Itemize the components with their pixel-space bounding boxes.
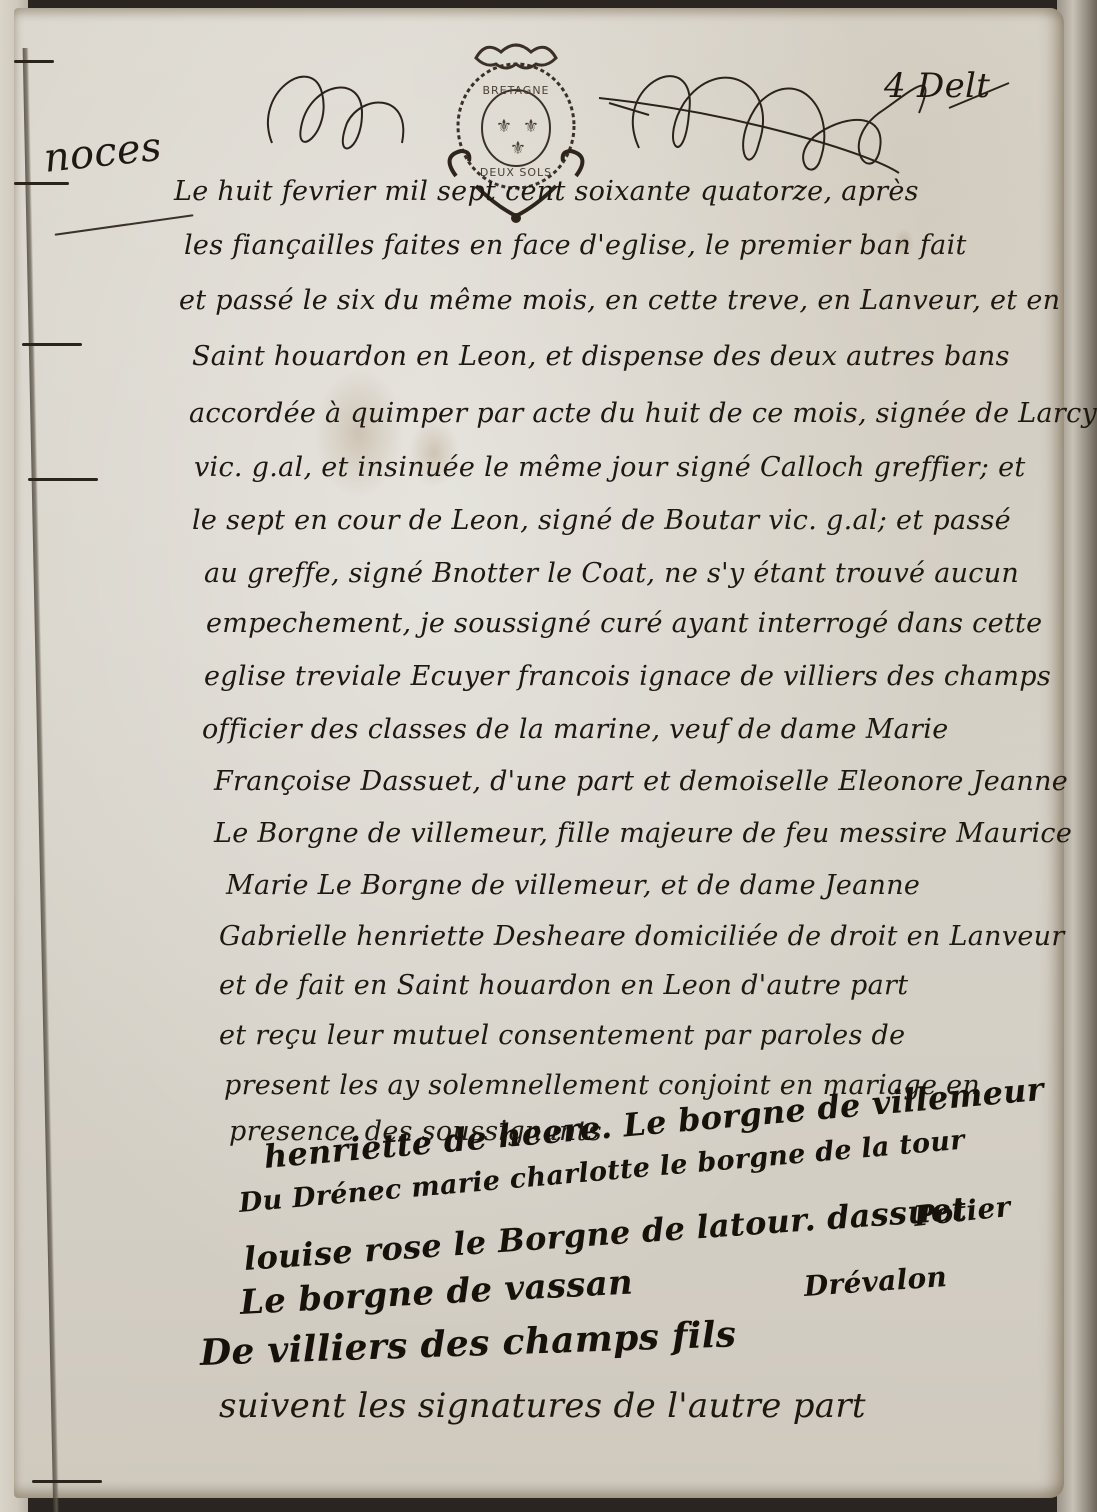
margin-underline (55, 214, 194, 235)
svg-text:⚜: ⚜ (523, 116, 539, 136)
margin-note: noces (42, 124, 164, 182)
body-line: Marie Le Borgne de villemeur, et de dame… (226, 870, 920, 901)
body-line: les fiançailles faites en face d'eglise,… (184, 230, 967, 261)
binding-fold (23, 48, 60, 1512)
body-line: Saint houardon en Leon, et dispense des … (192, 341, 1010, 372)
folio-number: 4 Delt (884, 66, 990, 106)
body-line: au greffe, signé Bnotter le Coat, ne s'y… (204, 558, 1019, 589)
binding-stitch (22, 343, 82, 346)
signature: Drévalon (803, 1260, 948, 1303)
svg-text:⚜: ⚜ (510, 138, 526, 158)
closing-line: suivent les signatures de l'autre part (219, 1386, 866, 1426)
body-line: Le huit fevrier mil sept cent soixante q… (174, 176, 919, 207)
manuscript-page: BRETAGNE DEUX SOLS ⚜ ⚜ ⚜ 4 Delt noces Le… (14, 8, 1064, 1498)
header-flourish-left (252, 53, 432, 173)
body-line: le sept en cour de Leon, signé de Boutar… (192, 505, 1011, 536)
binding-stitch (14, 60, 54, 63)
body-line: empechement, je soussigné curé ayant int… (206, 608, 1042, 639)
stamp-top-text: BRETAGNE (482, 84, 549, 97)
body-line: Françoise Dassuet, d'une part et demoise… (214, 766, 1068, 797)
body-line: officier des classes de la marine, veuf … (202, 714, 948, 745)
body-line: vic. g.al, et insinuée le même jour sign… (194, 452, 1026, 483)
binding-stitch (28, 478, 98, 481)
body-line: et de fait en Saint houardon en Leon d'a… (219, 970, 908, 1001)
body-line: et passé le six du même mois, en cette t… (179, 285, 1060, 316)
signature: De villiers des champs fils (199, 1313, 737, 1374)
binding-stitch (14, 182, 69, 185)
binding-stitch (32, 1480, 102, 1483)
body-line: eglise treviale Ecuyer francois ignace d… (204, 661, 1051, 692)
body-line: accordée à quimper par acte du huit de c… (189, 398, 1097, 429)
body-line: Gabrielle henriette Desheare domiciliée … (219, 921, 1065, 952)
svg-text:⚜: ⚜ (496, 116, 512, 136)
body-line: et reçu leur mutuel consentement par par… (219, 1020, 905, 1051)
body-line: Le Borgne de villemeur, fille majeure de… (214, 818, 1072, 849)
